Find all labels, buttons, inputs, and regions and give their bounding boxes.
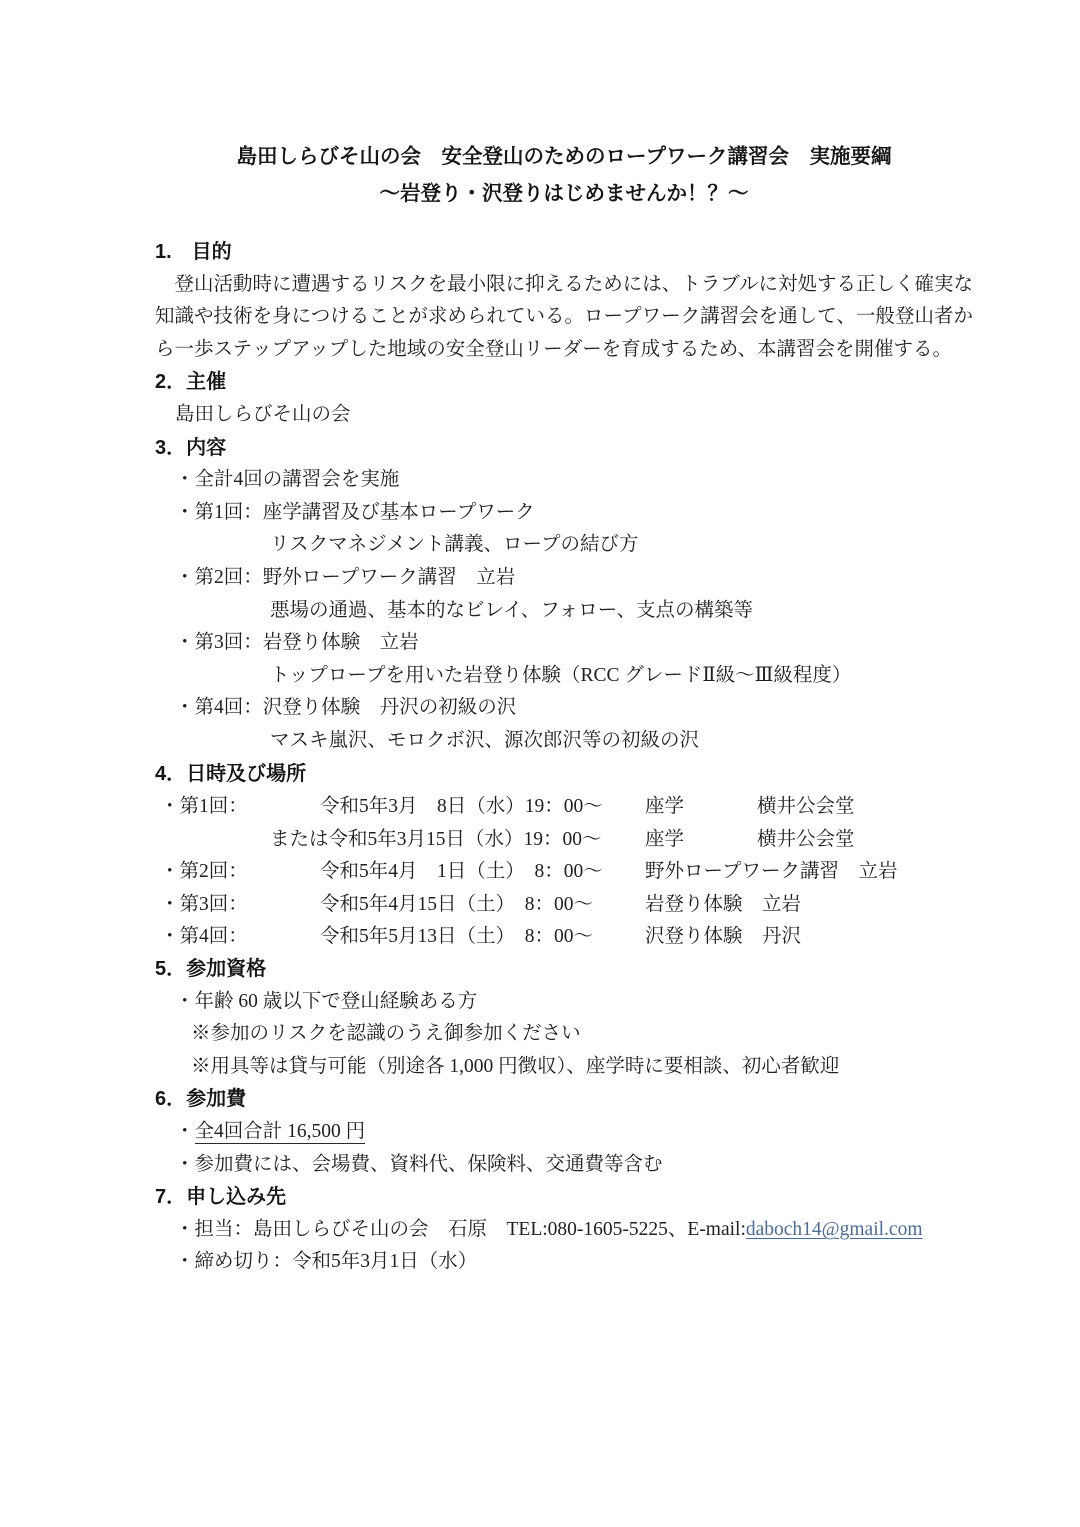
document-content: 島田しらびそ山の会 安全登山のためのロープワーク講習会 実施要綱 ～岩登り・沢登… [155, 138, 973, 1279]
schedule-activity: 沢登り体験 丹沢 [645, 920, 801, 948]
schedule-row: ・第1回： 令和5年3月 8日（水）19：00～ 座学 横井公会堂 [155, 790, 973, 823]
organizer-name: 島田しらびそ山の会 [155, 399, 973, 432]
heading-purpose: 1. 目的 [155, 236, 973, 269]
schedule-activity: 野外ロープワーク講習 立岩 [645, 855, 898, 883]
document-page: 島田しらびそ山の会 安全登山のためのロープワーク講習会 実施要綱 ～岩登り・沢登… [0, 0, 1080, 1527]
schedule-date: または令和5年3月15日（水）19：00～ [270, 823, 602, 851]
heading-organizer: 2．主催 [155, 366, 973, 399]
eligibility-note: ※用具等は貸与可能（別途各 1,000 円徴収）、座学時に要相談、初心者歓迎 [155, 1051, 973, 1084]
contents-item-detail: マスキ嵐沢、モロクボ沢、源次郎沢等の初級の沢 [155, 725, 973, 758]
purpose-body: 登山活動時に遭遇するリスクを最小限に抑えるためには、トラブルに対処する正しく確実… [155, 269, 973, 367]
heading-application: 7．申し込み先 [155, 1181, 973, 1214]
contents-item-detail: トップロープを用いた岩登り体験（RCC グレードⅡ級～Ⅲ級程度） [155, 660, 973, 693]
application-contact-line: ・担当：島田しらびそ山の会 石原 TEL:080-1605-5225、E-mai… [155, 1214, 973, 1247]
schedule-date: 令和5年3月 8日（水）19：00～ [320, 790, 603, 818]
schedule-activity: 座学 [645, 823, 684, 851]
application-deadline: ・締め切り：令和5年3月1日（水） [155, 1246, 973, 1279]
email-link[interactable]: daboch14@gmail.com [746, 1219, 923, 1240]
schedule-venue: 横井公会堂 [757, 790, 855, 818]
contents-item: ・第4回：沢登り体験 丹沢の初級の沢 [155, 692, 973, 725]
schedule-row: または令和5年3月15日（水）19：00～ 座学 横井公会堂 [155, 823, 973, 856]
schedule-label: ・第4回： [160, 920, 248, 948]
schedule-activity: 座学 [645, 790, 684, 818]
fee-total: 全4回合計 16,500 円 [195, 1121, 366, 1144]
application-contact-text: ・担当：島田しらびそ山の会 石原 TEL:080-1605-5225、E-mai… [175, 1219, 746, 1240]
contents-item: ・第2回：野外ロープワーク講習 立岩 [155, 562, 973, 595]
schedule-label: ・第1回： [160, 790, 248, 818]
schedule-venue: 横井公会堂 [757, 823, 855, 851]
contents-item-detail: リスクマネジメント講義、ロープの結び方 [155, 529, 973, 562]
schedule-row: ・第3回： 令和5年4月15日（土） 8：00～ 岩登り体験 立岩 [155, 888, 973, 921]
title-block: 島田しらびそ山の会 安全登山のためのロープワーク講習会 実施要綱 ～岩登り・沢登… [155, 138, 973, 212]
heading-eligibility: 5．参加資格 [155, 953, 973, 986]
fee-total-bullet: ・ [175, 1121, 195, 1142]
heading-contents: 3．内容 [155, 432, 973, 465]
schedule-label: ・第3回： [160, 888, 248, 916]
heading-fee: 6．参加費 [155, 1083, 973, 1116]
schedule-row: ・第4回： 令和5年5月13日（土） 8：00～ 沢登り体験 丹沢 [155, 920, 973, 953]
schedule-date: 令和5年4月15日（土） 8：00～ [320, 888, 593, 916]
schedule-date: 令和5年5月13日（土） 8：00～ [320, 920, 593, 948]
schedule-date: 令和5年4月 1日（土） 8：00～ [320, 855, 603, 883]
fee-total-line: ・全4回合計 16,500 円 [155, 1116, 973, 1149]
page-subtitle: ～岩登り・沢登りはじめませんか！？～ [155, 175, 973, 212]
fee-includes: ・参加費には、会場費、資料代、保険料、交通費等含む [155, 1149, 973, 1182]
contents-item: ・第1回：座学講習及び基本ロープワーク [155, 497, 973, 530]
schedule-row: ・第2回： 令和5年4月 1日（土） 8：00～ 野外ロープワーク講習 立岩 [155, 855, 973, 888]
contents-item-detail: 悪場の通過、基本的なビレイ、フォロー、支点の構築等 [155, 595, 973, 628]
contents-item: ・全計4回の講習会を実施 [155, 464, 973, 497]
page-title: 島田しらびそ山の会 安全登山のためのロープワーク講習会 実施要綱 [155, 138, 973, 175]
schedule-label: ・第2回： [160, 855, 248, 883]
eligibility-item: ・年齢 60 歳以下で登山経験ある方 [155, 986, 973, 1019]
schedule-activity: 岩登り体験 立岩 [645, 888, 801, 916]
eligibility-note: ※参加のリスクを認識のうえ御参加ください [155, 1018, 973, 1051]
contents-item: ・第3回：岩登り体験 立岩 [155, 627, 973, 660]
heading-schedule: 4．日時及び場所 [155, 758, 973, 791]
